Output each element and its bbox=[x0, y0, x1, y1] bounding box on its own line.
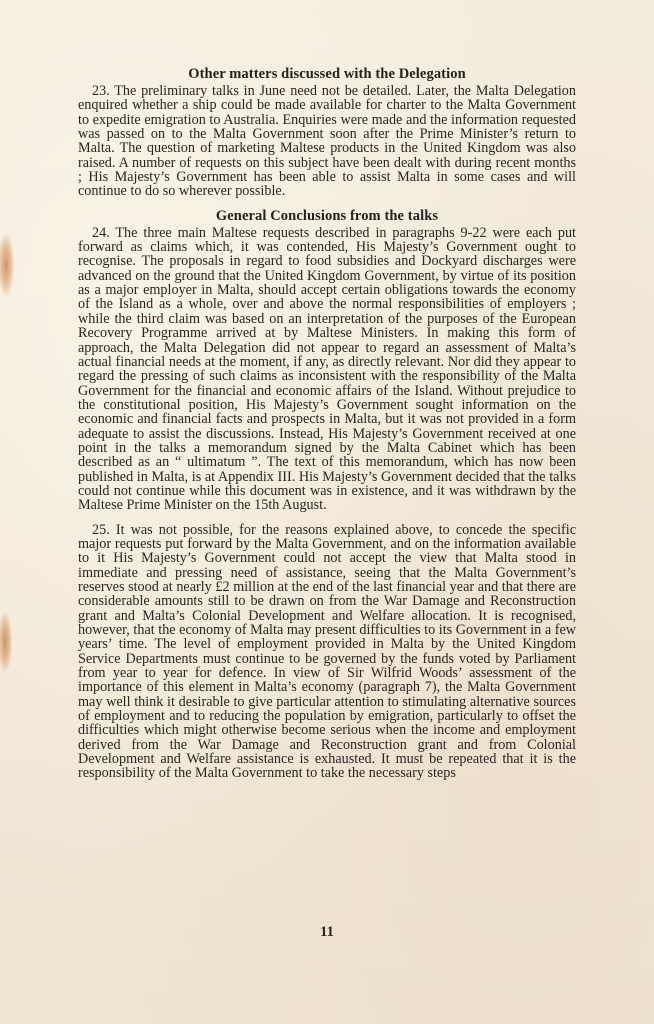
paragraph-24: 24. The three main Maltese requests desc… bbox=[78, 226, 576, 513]
paragraph-25: 25. It was not possible, for the reasons… bbox=[78, 523, 576, 781]
document-page: Other matters discussed with the Delegat… bbox=[0, 0, 654, 1024]
paragraph-23: 23. The preliminary talks in June need n… bbox=[78, 84, 576, 199]
section-general-conclusions: General Conclusions from the talks 24. T… bbox=[78, 208, 576, 781]
margin-stain bbox=[0, 234, 14, 296]
section-other-matters: Other matters discussed with the Delegat… bbox=[78, 66, 576, 199]
page-number: 11 bbox=[0, 924, 654, 941]
section-heading: General Conclusions from the talks bbox=[78, 208, 576, 225]
margin-stain bbox=[0, 612, 12, 672]
spacer bbox=[78, 199, 576, 208]
section-heading: Other matters discussed with the Delegat… bbox=[78, 66, 576, 83]
text-column: Other matters discussed with the Delegat… bbox=[78, 66, 576, 781]
